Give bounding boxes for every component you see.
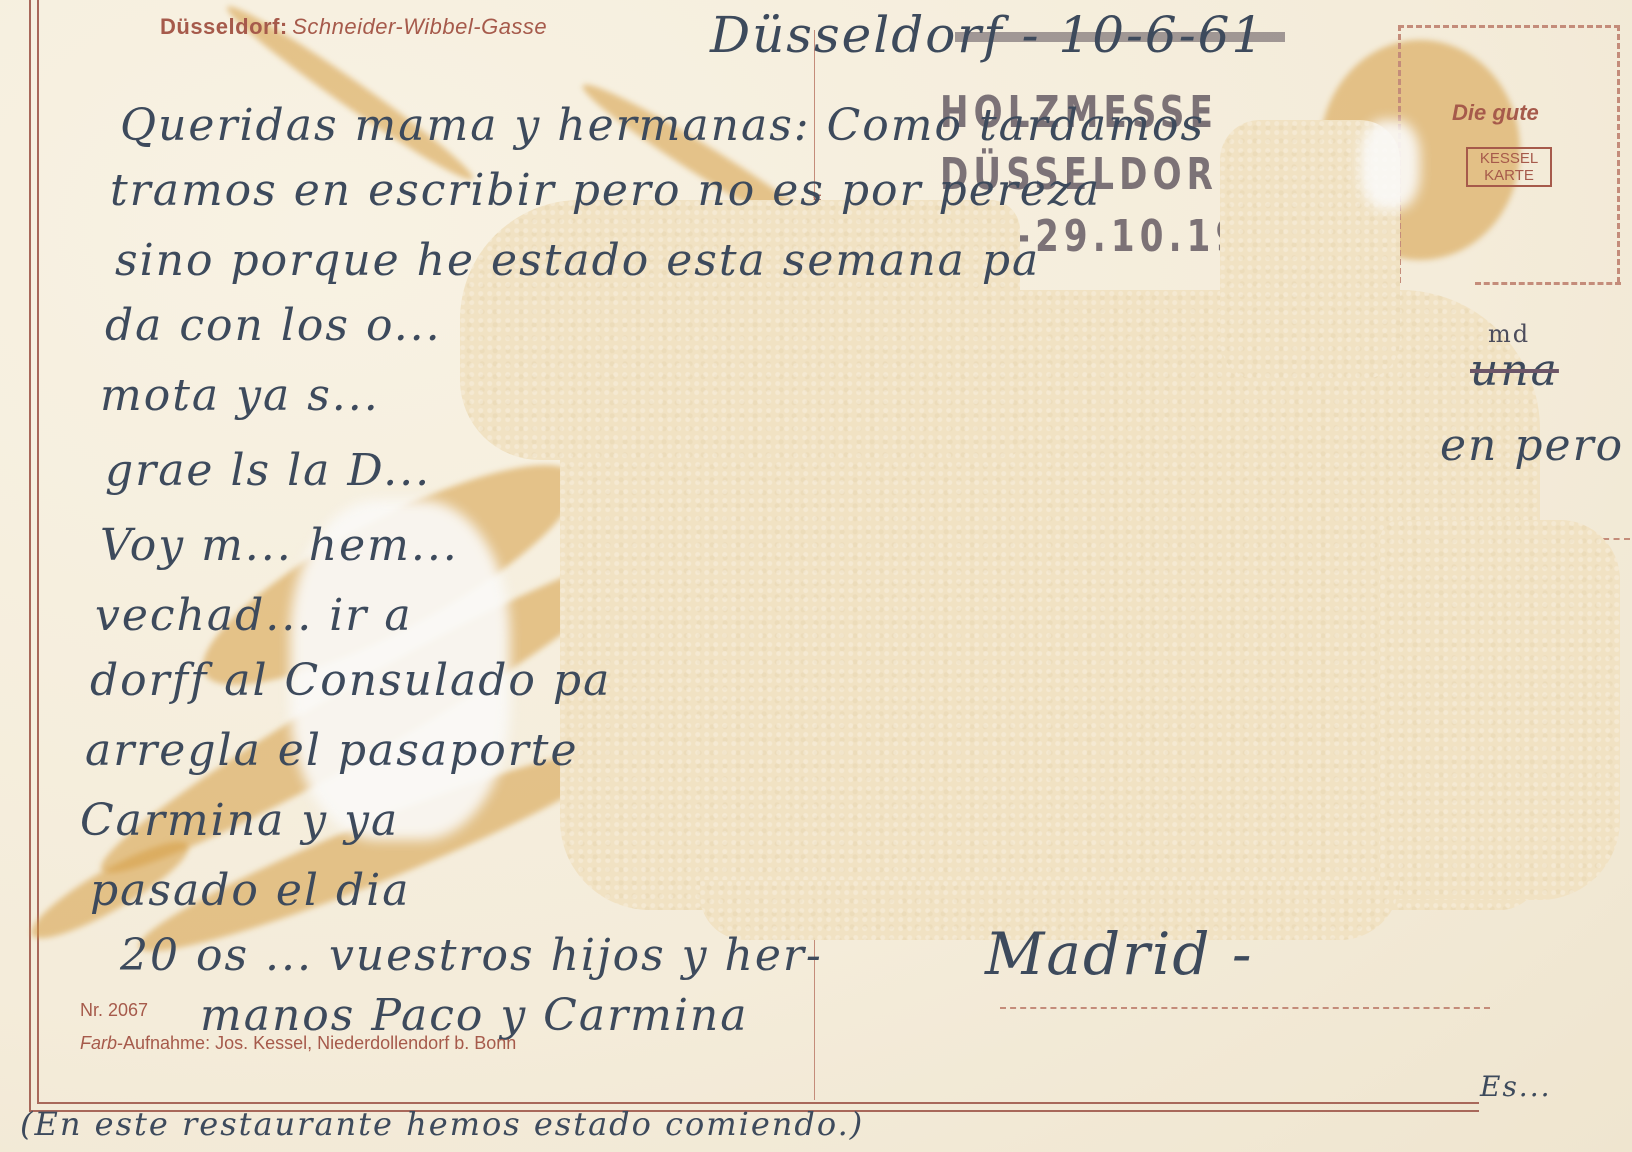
- title-street: Schneider-Wibbel-Gasse: [292, 14, 547, 39]
- message-line: arregla el pasaporte: [85, 725, 579, 776]
- message-line: grae ls la D...: [105, 445, 431, 496]
- card-number: Nr. 2067: [80, 1000, 148, 1021]
- border-left-outer: [29, 0, 31, 1112]
- title-separator: :: [280, 14, 288, 39]
- message-line: 20 os ... vuestros hijos y her-: [120, 930, 823, 981]
- torn-paper-area: [1380, 520, 1620, 900]
- footer-note: (En este restaurante hemos estado comien…: [20, 1105, 864, 1143]
- message-line: Queridas mama y hermanas: Como tardamos: [120, 100, 1205, 151]
- photo-credit: Farb-Aufnahme: Jos. Kessel, Niederdollen…: [80, 1033, 516, 1054]
- logo-line-2: KARTE: [1468, 167, 1550, 184]
- credit-prefix: Farb: [80, 1033, 117, 1053]
- address-fragment: Es...: [1480, 1070, 1552, 1103]
- message-line: vechad... ir a: [95, 590, 413, 641]
- message-line: Carmina y ya: [80, 795, 399, 846]
- message-line: tramos en escribir pero no es por pereza: [110, 165, 1101, 216]
- message-line: dorff al Consulado pa: [90, 655, 611, 706]
- logo-line-1: KESSEL: [1468, 150, 1550, 167]
- message-line: pasado el dia: [90, 865, 410, 916]
- credit-rest: -Aufnahme: Jos. Kessel, Niederdollendorf…: [117, 1033, 516, 1053]
- title-city: Düsseldorf: [160, 14, 280, 39]
- right-fragment-una: una: [1470, 345, 1559, 396]
- stamp-label: Die gute: [1452, 100, 1539, 126]
- message-line: da con los o...: [105, 300, 442, 351]
- address-madrid: Madrid -: [985, 920, 1254, 988]
- handwritten-date: Düsseldorf - 10-6-61: [710, 6, 1265, 64]
- message-line: Voy m... hem...: [100, 520, 459, 571]
- card-title: Düsseldorf: Schneider-Wibbel-Gasse: [160, 14, 547, 40]
- kessel-karte-logo: KESSEL KARTE: [1466, 147, 1552, 187]
- scraped-patch: [1360, 120, 1420, 210]
- message-line: mota ya s...: [100, 370, 380, 421]
- address-line: [1000, 1007, 1490, 1009]
- right-fragment-md: md: [1488, 320, 1530, 348]
- border-bottom-inner: [37, 1102, 1479, 1104]
- message-line: sino porque he estado esta semana pa: [115, 235, 1040, 286]
- stamp-box-edge: [1475, 282, 1621, 285]
- right-fragment-en-pero: en pero: [1440, 420, 1624, 471]
- postcard: Düsseldorf: Schneider-Wibbel-Gasse dorf …: [0, 0, 1632, 1152]
